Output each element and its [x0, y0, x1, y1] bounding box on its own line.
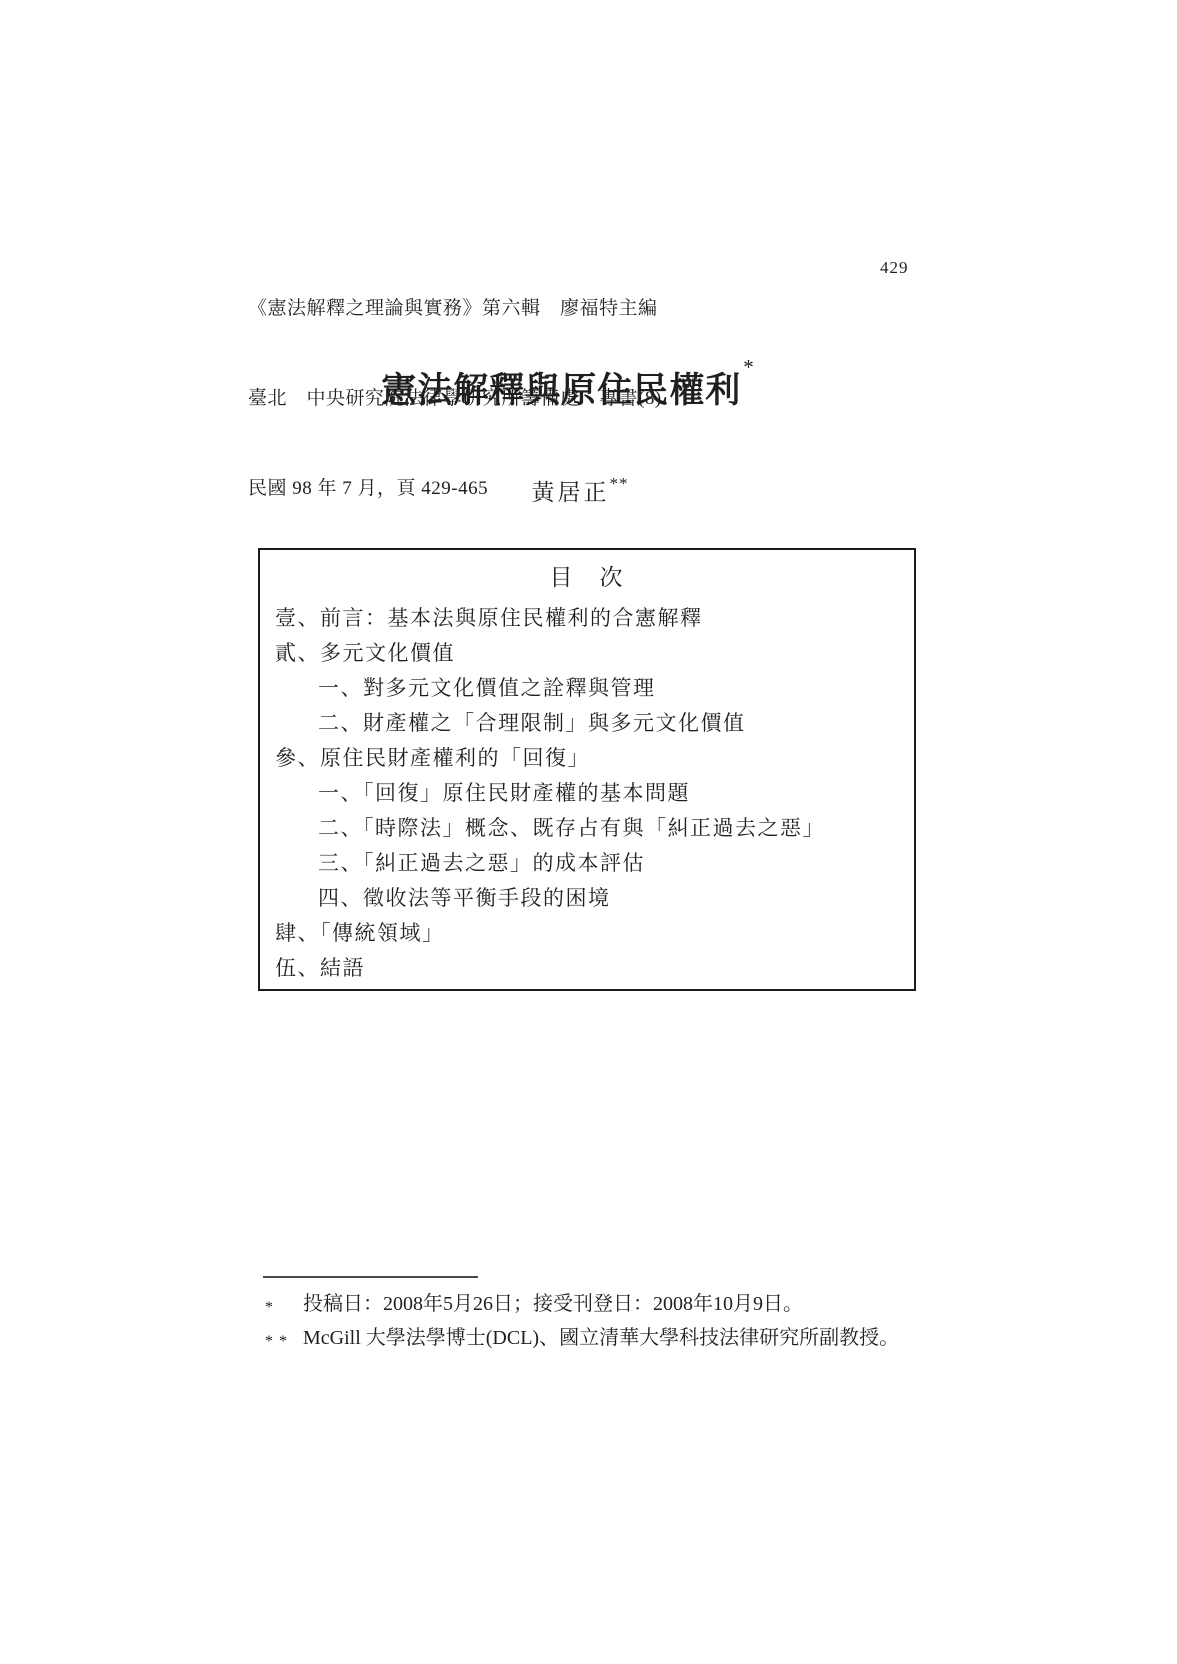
footnote-text: McGill 大學法學博士(DCL)、國立清華大學科技法律研究所副教授。: [303, 1323, 899, 1354]
title-footnote-marker: *: [743, 355, 755, 379]
toc-title: 目 次: [260, 561, 914, 595]
footnote-divider: [263, 1276, 478, 1278]
article-title-text: 憲法解釋與原住民權利: [381, 371, 741, 410]
toc-box: 目 次 壹、前言：基本法與原住民權利的合憲解釋 貳、多元文化價值 一、對多元文化…: [258, 548, 916, 991]
footnote-marker: *: [265, 1289, 303, 1323]
citation-line-1: 《憲法解釋之理論與實務》第六輯 廖福特主編: [248, 294, 662, 324]
toc-item: 貳、多元文化價值: [260, 636, 914, 671]
author-footnote-marker: **: [610, 474, 629, 493]
toc-list: 壹、前言：基本法與原住民權利的合憲解釋 貳、多元文化價值 一、對多元文化價值之詮…: [260, 601, 914, 986]
toc-item: 參、原住民財產權利的「回復」: [260, 741, 914, 776]
toc-item: 肆、「傳統領域」: [260, 916, 914, 951]
page-number: 429: [880, 258, 909, 278]
author-name: 黃居正: [532, 480, 610, 505]
toc-item: 一、對多元文化價值之詮釋與管理: [260, 671, 914, 706]
toc-item: 二、「時際法」概念、既存占有與「糾正過去之惡」: [260, 811, 914, 846]
toc-item: 四、徵收法等平衡手段的困境: [260, 881, 914, 916]
toc-item: 伍、結語: [260, 951, 914, 986]
footnote-text: 投稿日：2008年5月26日；接受刊登日：2008年10月9日。: [303, 1289, 803, 1320]
document-page: 《憲法解釋之理論與實務》第六輯 廖福特主編 臺北 中央研究院法律學研究所籌備處 …: [0, 0, 1177, 1664]
article-title: 憲法解釋與原住民權利*: [237, 363, 897, 413]
toc-item: 三、「糾正過去之惡」的成本評估: [260, 846, 914, 881]
author-line: 黃居正**: [250, 474, 910, 507]
footnotes: * 投稿日：2008年5月26日；接受刊登日：2008年10月9日。 * * M…: [265, 1289, 899, 1357]
toc-item: 壹、前言：基本法與原住民權利的合憲解釋: [260, 601, 914, 636]
toc-item: 一、「回復」原住民財產權的基本問題: [260, 776, 914, 811]
footnote: * 投稿日：2008年5月26日；接受刊登日：2008年10月9日。: [265, 1289, 899, 1323]
footnote-marker: * *: [265, 1323, 303, 1357]
footnote: * * McGill 大學法學博士(DCL)、國立清華大學科技法律研究所副教授。: [265, 1323, 899, 1357]
toc-item: 二、財產權之「合理限制」與多元文化價值: [260, 706, 914, 741]
